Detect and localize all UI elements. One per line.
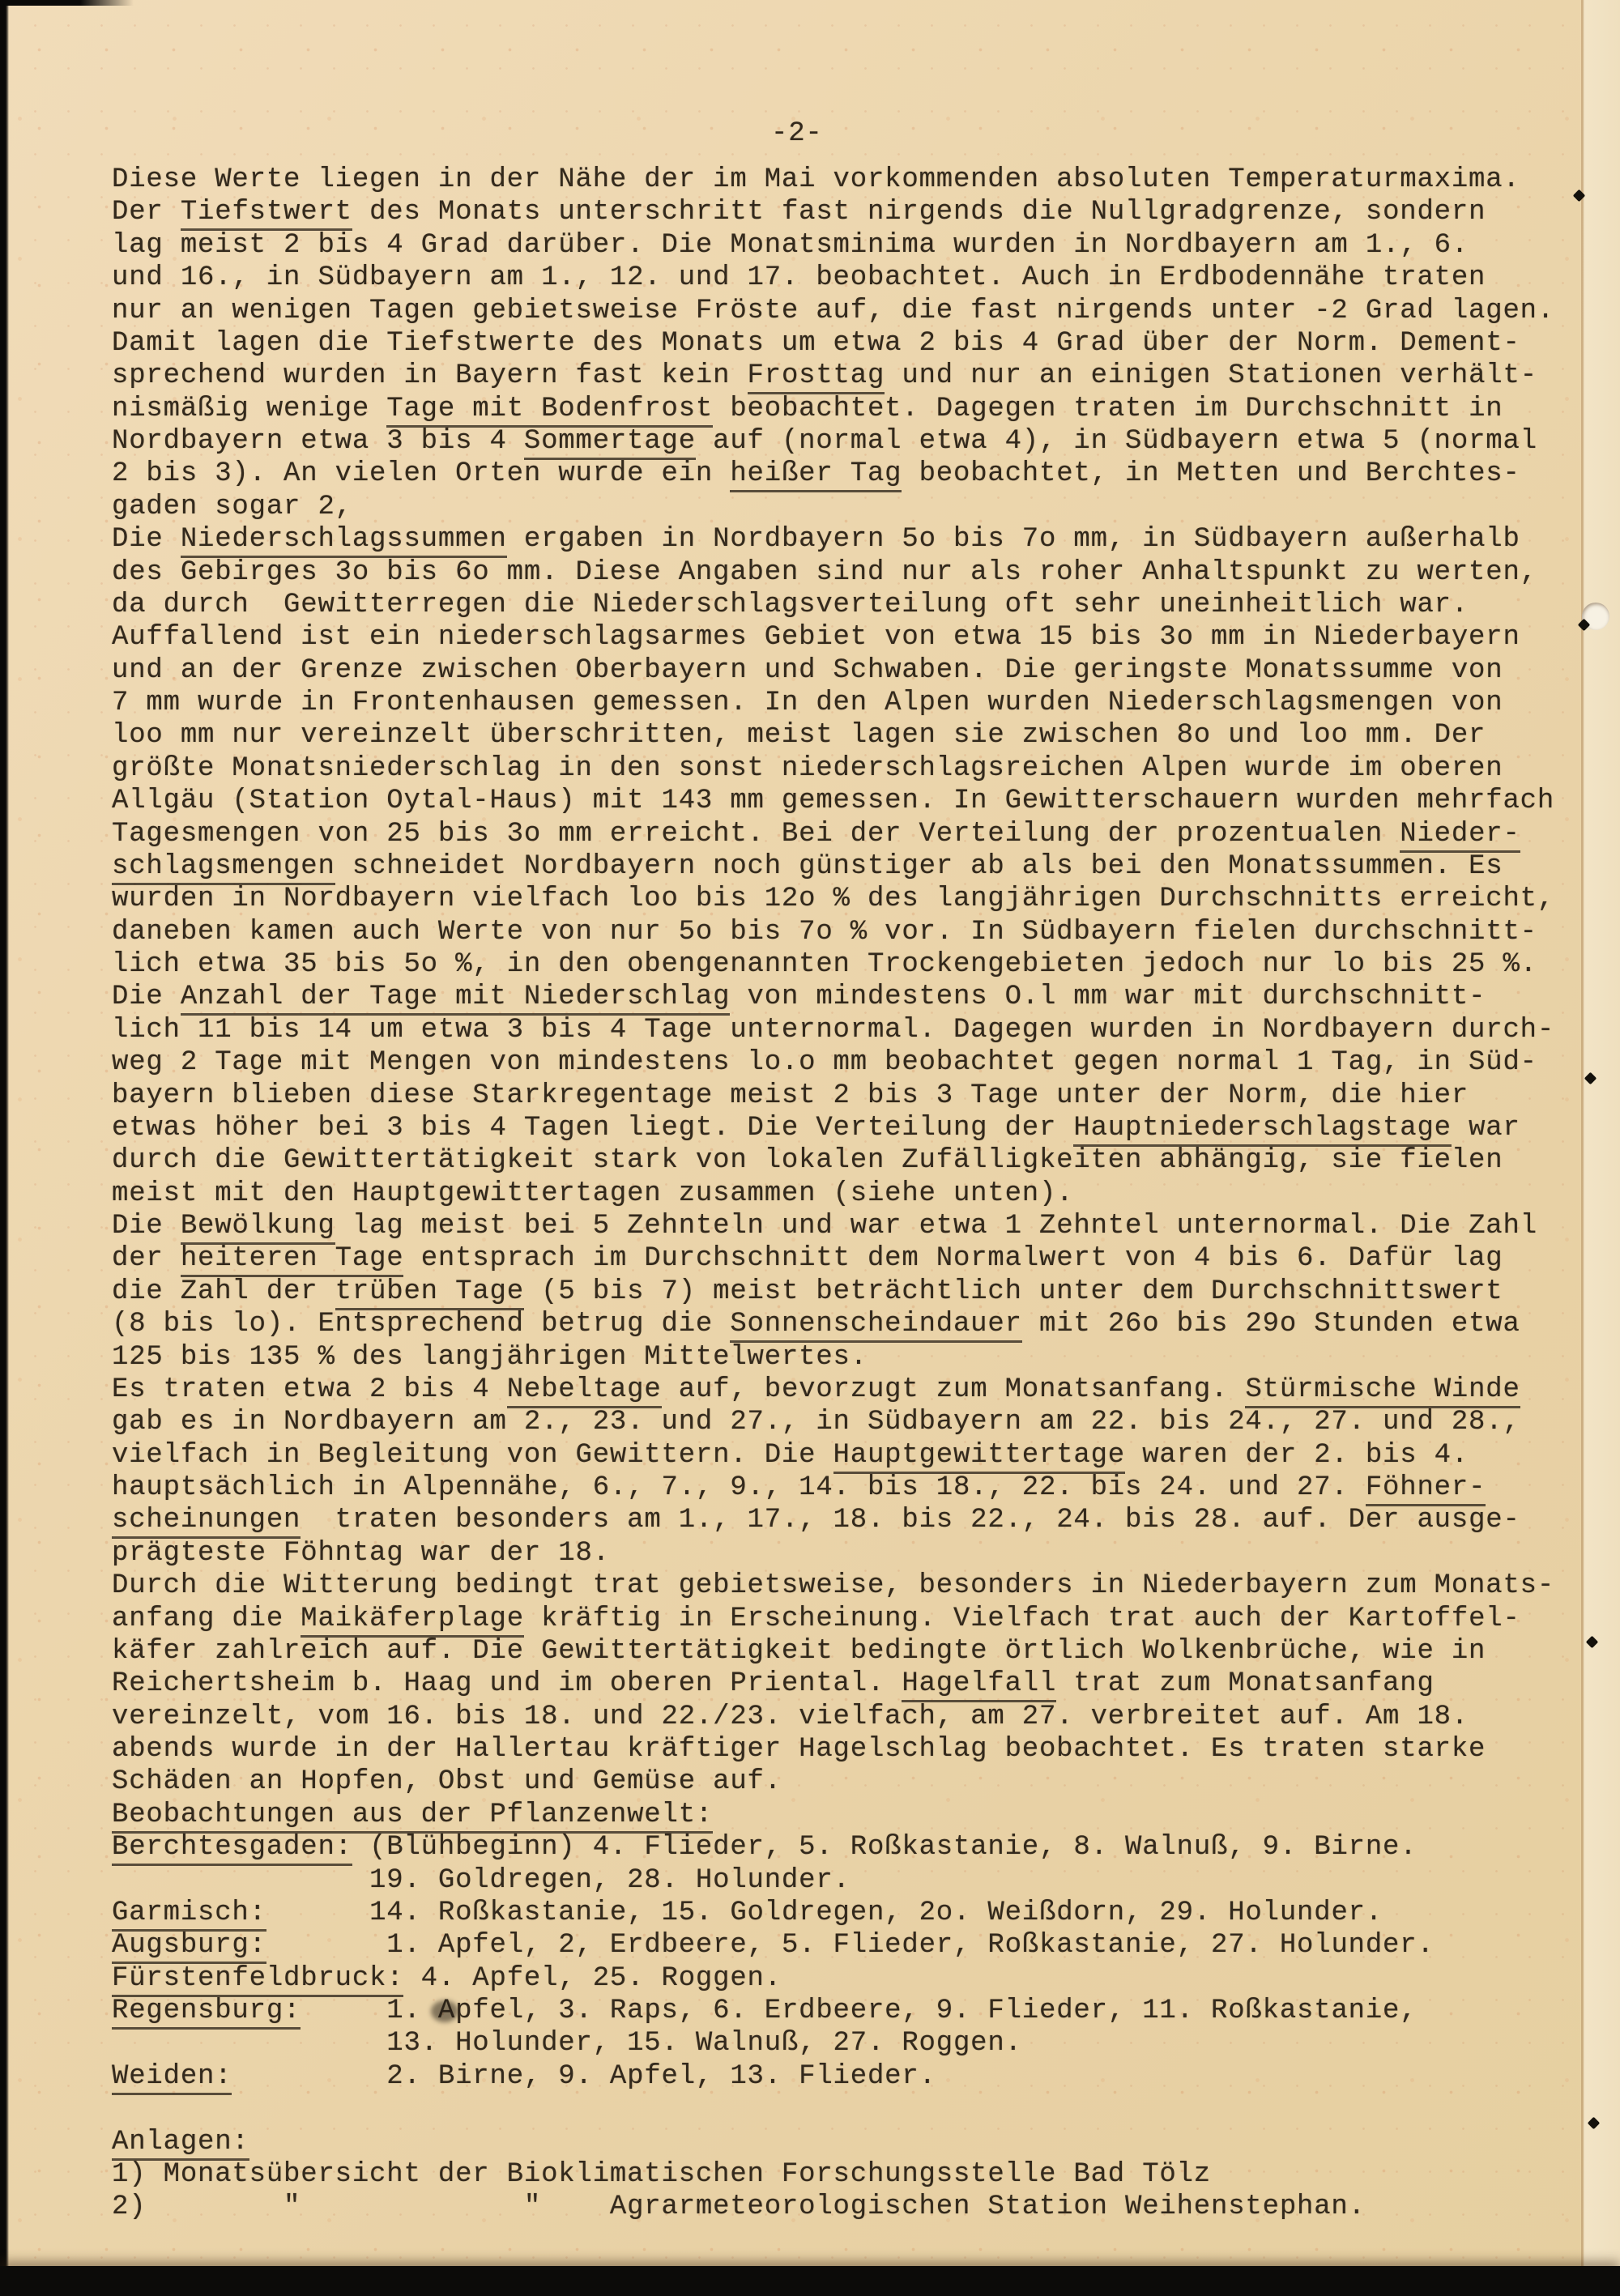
- text-line: da durch Gewitterregen die Niederschlags…: [112, 590, 1554, 622]
- text-line: hauptsächlich in Alpennähe, 6., 7., 9., …: [112, 1472, 1554, 1505]
- text-line: anfang die Maikäferplage kräftig in Ersc…: [112, 1604, 1554, 1636]
- text-segment: 2. Birne, 9. Apfel, 13. Flieder.: [232, 2061, 936, 2092]
- scanned-document-page: -2- Diese Werte liegen in der Nähe der i…: [0, 0, 1620, 2296]
- text-line: der heiteren Tage entsprach im Durchschn…: [112, 1243, 1554, 1276]
- text-segment: war: [1452, 1113, 1520, 1144]
- text-segment: 125 bis 135 % des langjährigen Mittelwer…: [112, 1342, 868, 1373]
- text-segment: abends wurde in der Hallertau kräftiger …: [112, 1734, 1486, 1765]
- text-segment: vielfach in Begleitung von Gewittern. Di…: [112, 1440, 833, 1471]
- text-line: Nordbayern etwa 3 bis 4 Sommertage auf (…: [112, 426, 1554, 458]
- text-segment: durch die Gewittertätigkeit stark von lo…: [112, 1145, 1503, 1176]
- text-segment: 14. Roßkastanie, 15. Goldregen, 2o. Weiß…: [266, 1898, 1383, 1928]
- text-segment: 1) Monatsübersicht der Bioklimatischen F…: [112, 2159, 1211, 2190]
- text-line: abends wurde in der Hallertau kräftiger …: [112, 1734, 1554, 1766]
- text-segment: gab es in Nordbayern am 2., 23. und 27.,…: [112, 1407, 1520, 1438]
- underlined-term: Garmisch:: [112, 1898, 266, 1932]
- underlined-term: Sonnenscheindauer: [730, 1309, 1021, 1343]
- text-line: schlagsmengen schneidet Nordbayern noch …: [112, 851, 1554, 884]
- underlined-term: Maikäferplage: [301, 1604, 524, 1638]
- underlined-term: Niederschlagssummen: [181, 524, 507, 558]
- text-line: käfer zahlreich auf. Die Gewittertätigke…: [112, 1636, 1554, 1668]
- text-line: 19. Goldregen, 28. Holunder.: [112, 1865, 1554, 1898]
- text-segment: kräftig in Erscheinung. Vielfach trat au…: [524, 1604, 1520, 1634]
- text-segment: gaden sogar 2,: [112, 492, 352, 522]
- underlined-term: Nebeltage: [507, 1374, 662, 1408]
- text-segment: der: [112, 1243, 181, 1274]
- underlined-term: trüben Tage: [335, 1276, 524, 1310]
- text-line: Die Bewölkung lag meist bei 5 Zehnteln u…: [112, 1211, 1554, 1243]
- text-segment: Die: [112, 524, 181, 555]
- text-segment: bayern blieben diese Starkregentage meis…: [112, 1080, 1469, 1111]
- text-segment: Reichertsheim b. Haag und im oberen Prie…: [112, 1668, 902, 1699]
- text-line: die Zahl der trüben Tage (5 bis 7) meist…: [112, 1276, 1554, 1309]
- text-segment: Durch die Witterung bedingt trat gebiets…: [112, 1570, 1554, 1601]
- text-segment: beobachtet. Dagegen traten im Durchschni…: [713, 394, 1503, 424]
- text-segment: Auffallend ist ein niederschlagsarmes Ge…: [112, 622, 1520, 653]
- text-line: vereinzelt, vom 16. bis 18. und 22./23. …: [112, 1702, 1554, 1734]
- text-segment: Nordbayern etwa 3 bis 4: [112, 426, 524, 457]
- text-line: meist mit den Hauptgewittertagen zusamme…: [112, 1178, 1554, 1211]
- text-segment: anfang die: [112, 1604, 301, 1634]
- text-segment: loo mm nur vereinzelt überschritten, mei…: [112, 720, 1486, 751]
- text-line: Regensburg: 1. Apfel, 3. Raps, 6. Erdbee…: [112, 1996, 1554, 2028]
- text-segment: lag meist bei 5 Zehnteln und war etwa 1 …: [335, 1211, 1537, 1242]
- text-segment: nur an wenigen Tagen gebietsweise Fröste…: [112, 296, 1554, 326]
- text-segment: 2 bis 3). An vielen Orten wurde ein: [112, 458, 730, 489]
- text-segment: auf, bevorzugt zum Monatsanfang.: [662, 1374, 1246, 1405]
- text-segment: des Monats unterschritt fast nirgends di…: [352, 197, 1486, 228]
- text-line: Anlagen:: [112, 2127, 1554, 2159]
- ink-smudge: [431, 2000, 458, 2022]
- text-body: Diese Werte liegen in der Nähe der im Ma…: [112, 164, 1554, 2225]
- text-line: nismäßig wenige Tage mit Bodenfrost beob…: [112, 394, 1554, 426]
- underlined-term: Fürstenfeldbruck:: [112, 1963, 403, 1997]
- scan-edge-left: [0, 0, 9, 2296]
- text-line: etwas höher bei 3 bis 4 Tagen liegt. Die…: [112, 1113, 1554, 1145]
- text-segment: Tagesmengen von 25 bis 3o mm erreicht. B…: [112, 819, 1400, 850]
- underlined-term: Tiefstwert: [181, 197, 352, 231]
- underlined-term: schlagsmengen: [112, 851, 335, 885]
- text-segment: 1. Apfel, 2, Erdbeere, 5. Flieder, Roßka…: [266, 1930, 1435, 1961]
- text-line: 7 mm wurde in Frontenhausen gemessen. In…: [112, 688, 1554, 720]
- text-segment: 13. Holunder, 15. Walnuß, 27. Roggen.: [112, 2028, 1022, 2059]
- page-number: -2-: [771, 118, 823, 149]
- text-segment: lag meist 2 bis 4 Grad darüber. Die Mona…: [112, 230, 1469, 261]
- text-segment: meist mit den Hauptgewittertagen zusamme…: [112, 1178, 1073, 1209]
- text-line: gaden sogar 2,: [112, 492, 1554, 524]
- underlined-term: heiteren Tage: [181, 1243, 404, 1277]
- underlined-term: Beobachtungen aus der Pflanzenwelt:: [112, 1800, 713, 1834]
- text-segment: größte Monatsniederschlag in den sonst n…: [112, 753, 1503, 784]
- underlined-term: Föhner-: [1366, 1472, 1486, 1506]
- underlined-term: Tage mit Bodenfrost: [386, 394, 713, 428]
- underlined-term: Sommertage: [524, 426, 696, 460]
- text-segment: Es traten etwa 2 bis 4: [112, 1374, 507, 1405]
- text-segment: 1. Apfel, 3. Raps, 6. Erdbeere, 9. Flied…: [301, 1996, 1417, 2026]
- text-segment: lich etwa 35 bis 5o %, in den obengenann…: [112, 949, 1537, 980]
- text-segment: daneben kamen auch Werte von nur 5o bis …: [112, 917, 1537, 948]
- text-segment: 4. Apfel, 25. Roggen.: [403, 1963, 781, 1994]
- underlined-term: scheinungen: [112, 1505, 301, 1539]
- text-segment: (8 bis lo). Entsprechend betrug die: [112, 1309, 730, 1340]
- text-segment: Der: [112, 197, 181, 228]
- text-line: und 16., in Südbayern am 1., 12. und 17.…: [112, 262, 1554, 295]
- text-segment: 2) " " Agrarmeteorologischen Station Wei…: [112, 2192, 1366, 2222]
- text-line: bayern blieben diese Starkregentage meis…: [112, 1080, 1554, 1113]
- text-line: (8 bis lo). Entsprechend betrug die Sonn…: [112, 1309, 1554, 1341]
- text-segment: Schäden an Hopfen, Obst und Gemüse auf.: [112, 1766, 782, 1797]
- text-line: scheinungen traten besonders am 1., 17.,…: [112, 1505, 1554, 1537]
- text-segment: (5 bis 7) meist beträchtlich unter dem D…: [524, 1276, 1503, 1307]
- text-line: Die Niederschlagssummen ergaben in Nordb…: [112, 524, 1554, 556]
- underlined-term: Hagelfall: [902, 1668, 1056, 1702]
- text-line: des Gebirges 3o bis 6o mm. Diese Angaben…: [112, 557, 1554, 590]
- text-line: daneben kamen auch Werte von nur 5o bis …: [112, 917, 1554, 949]
- text-line: vielfach in Begleitung von Gewittern. Di…: [112, 1440, 1554, 1472]
- underlined-term: Regensburg:: [112, 1996, 301, 2030]
- text-line: Reichertsheim b. Haag und im oberen Prie…: [112, 1668, 1554, 1701]
- text-line: 13. Holunder, 15. Walnuß, 27. Roggen.: [112, 2028, 1554, 2060]
- text-line: prägteste Föhntag war der 18.: [112, 1538, 1554, 1570]
- underlined-term: Berchtesgaden:: [112, 1832, 352, 1866]
- text-line: Schäden an Hopfen, Obst und Gemüse auf.: [112, 1766, 1554, 1799]
- text-segment: beobachtet, in Metten und Berchtes-: [902, 458, 1520, 489]
- text-line: Fürstenfeldbruck: 4. Apfel, 25. Roggen.: [112, 1963, 1554, 1996]
- underlined-term: Stürmische Winde: [1245, 1374, 1520, 1408]
- text-line: lich etwa 35 bis 5o %, in den obengenann…: [112, 949, 1554, 982]
- underlined-term: Bewölkung: [181, 1211, 335, 1245]
- text-segment: 19. Goldregen, 28. Holunder.: [112, 1865, 850, 1896]
- text-segment: entsprach im Durchschnitt dem Normalwert…: [403, 1243, 1503, 1274]
- underlined-term: Augsburg:: [112, 1930, 266, 1964]
- text-segment: hauptsächlich in Alpennähe, 6., 7., 9., …: [112, 1472, 1366, 1503]
- underlined-term: Hauptgewittertage: [833, 1440, 1125, 1474]
- text-line: und an der Grenze zwischen Oberbayern un…: [112, 655, 1554, 688]
- text-segment: trat zum Monatsanfang: [1056, 1668, 1434, 1699]
- text-segment: Die: [112, 982, 181, 1012]
- text-line: nur an wenigen Tagen gebietsweise Fröste…: [112, 296, 1554, 328]
- text-segment: 7 mm wurde in Frontenhausen gemessen. In…: [112, 688, 1503, 718]
- text-line: Weiden: 2. Birne, 9. Apfel, 13. Flieder.: [112, 2061, 1554, 2094]
- text-line: lag meist 2 bis 4 Grad darüber. Die Mona…: [112, 230, 1554, 262]
- text-segment: wurden in Nordbayern vielfach loo bis 12…: [112, 884, 1554, 914]
- text-line: 2 bis 3). An vielen Orten wurde ein heiß…: [112, 458, 1554, 491]
- scan-edge-bottom: [0, 2266, 1620, 2296]
- text-line: Durch die Witterung bedingt trat gebiets…: [112, 1570, 1554, 1603]
- text-segment: auf (normal etwa 4), in Südbayern etwa 5…: [696, 426, 1537, 457]
- text-segment: Allgäu (Station Oytal-Haus) mit 143 mm g…: [112, 786, 1554, 816]
- text-line: Diese Werte liegen in der Nähe der im Ma…: [112, 164, 1554, 197]
- text-line: Augsburg: 1. Apfel, 2, Erdbeere, 5. Flie…: [112, 1930, 1554, 1962]
- underlined-term: heißer Tag: [730, 458, 902, 492]
- underlined-term: Frosttag: [748, 360, 885, 394]
- text-segment: prägteste Föhntag war der 18.: [112, 1538, 610, 1569]
- text-segment: mit 26o bis 29o Stunden etwa: [1022, 1309, 1520, 1340]
- text-segment: Die: [112, 1211, 181, 1242]
- text-segment: und nur an einigen Stationen verhält-: [885, 360, 1537, 391]
- text-line: Allgäu (Station Oytal-Haus) mit 143 mm g…: [112, 786, 1554, 818]
- text-line: Der Tiefstwert des Monats unterschritt f…: [112, 197, 1554, 229]
- text-line: Beobachtungen aus der Pflanzenwelt:: [112, 1800, 1554, 1832]
- text-segment: Diese Werte liegen in der Nähe der im Ma…: [112, 164, 1520, 195]
- text-line: Damit lagen die Tiefstwerte des Monats u…: [112, 328, 1554, 360]
- text-segment: und 16., in Südbayern am 1., 12. und 17.…: [112, 262, 1486, 293]
- text-line: Auffallend ist ein niederschlagsarmes Ge…: [112, 622, 1554, 654]
- underlined-term: Weiden:: [112, 2061, 232, 2095]
- text-line: weg 2 Tage mit Mengen von mindestens lo.…: [112, 1047, 1554, 1080]
- text-segment: schneidet Nordbayern noch günstiger ab a…: [335, 851, 1503, 882]
- underlined-term: Hauptniederschlagstage: [1073, 1113, 1451, 1147]
- text-line: Berchtesgaden: (Blühbeginn) 4. Flieder, …: [112, 1832, 1554, 1864]
- underlined-term: Anlagen:: [112, 2127, 249, 2161]
- text-line: 125 bis 135 % des langjährigen Mittelwer…: [112, 1342, 1554, 1374]
- text-segment: etwas höher bei 3 bis 4 Tagen liegt. Die…: [112, 1113, 1073, 1144]
- paper-edge-right: [1581, 0, 1620, 2266]
- text-segment: und an der Grenze zwischen Oberbayern un…: [112, 655, 1503, 686]
- text-segment: die Zahl der: [112, 1276, 335, 1307]
- text-segment: waren der 2. bis 4.: [1125, 1440, 1469, 1471]
- text-line: loo mm nur vereinzelt überschritten, mei…: [112, 720, 1554, 752]
- text-segment: von mindestens O.l mm war mit durchschni…: [730, 982, 1486, 1012]
- text-segment: da durch Gewitterregen die Niederschlags…: [112, 590, 1469, 620]
- text-line: gab es in Nordbayern am 2., 23. und 27.,…: [112, 1407, 1554, 1439]
- text-segment: lich 11 bis 14 um etwa 3 bis 4 Tage unte…: [112, 1015, 1554, 1046]
- text-line: lich 11 bis 14 um etwa 3 bis 4 Tage unte…: [112, 1015, 1554, 1047]
- text-segment: käfer zahlreich auf. Die Gewittertätigke…: [112, 1636, 1486, 1667]
- text-segment: des Gebirges 3o bis 6o mm. Diese Angaben…: [112, 557, 1537, 588]
- text-segment: Damit lagen die Tiefstwerte des Monats u…: [112, 328, 1520, 359]
- text-line: Es traten etwa 2 bis 4 Nebeltage auf, be…: [112, 1374, 1554, 1407]
- text-segment: ergaben in Nordbayern 5o bis 7o mm, in S…: [507, 524, 1520, 555]
- text-line: Garmisch: 14. Roßkastanie, 15. Goldregen…: [112, 1898, 1554, 1930]
- text-line: [112, 2094, 1554, 2126]
- text-line: durch die Gewittertätigkeit stark von lo…: [112, 1145, 1554, 1178]
- underlined-term: Nieder-: [1400, 819, 1520, 853]
- text-segment: vereinzelt, vom 16. bis 18. und 22./23. …: [112, 1702, 1469, 1732]
- text-line: 1) Monatsübersicht der Bioklimatischen F…: [112, 2159, 1554, 2192]
- text-segment: sprechend wurden in Bayern fast kein: [112, 360, 748, 391]
- text-line: wurden in Nordbayern vielfach loo bis 12…: [112, 884, 1554, 916]
- scan-edge-top: [0, 0, 134, 6]
- text-line: 2) " " Agrarmeteorologischen Station Wei…: [112, 2192, 1554, 2224]
- text-segment: (Blühbeginn) 4. Flieder, 5. Roßkastanie,…: [352, 1832, 1417, 1863]
- text-line: größte Monatsniederschlag in den sonst n…: [112, 753, 1554, 786]
- text-line: Tagesmengen von 25 bis 3o mm erreicht. B…: [112, 819, 1554, 851]
- text-segment: nismäßig wenige: [112, 394, 386, 424]
- underlined-term: Anzahl der Tage mit Niederschlag: [181, 982, 731, 1016]
- text-line: Die Anzahl der Tage mit Niederschlag von…: [112, 982, 1554, 1014]
- text-segment: traten besonders am 1., 17., 18. bis 22.…: [301, 1505, 1520, 1536]
- text-line: sprechend wurden in Bayern fast kein Fro…: [112, 360, 1554, 393]
- text-segment: weg 2 Tage mit Mengen von mindestens lo.…: [112, 1047, 1537, 1078]
